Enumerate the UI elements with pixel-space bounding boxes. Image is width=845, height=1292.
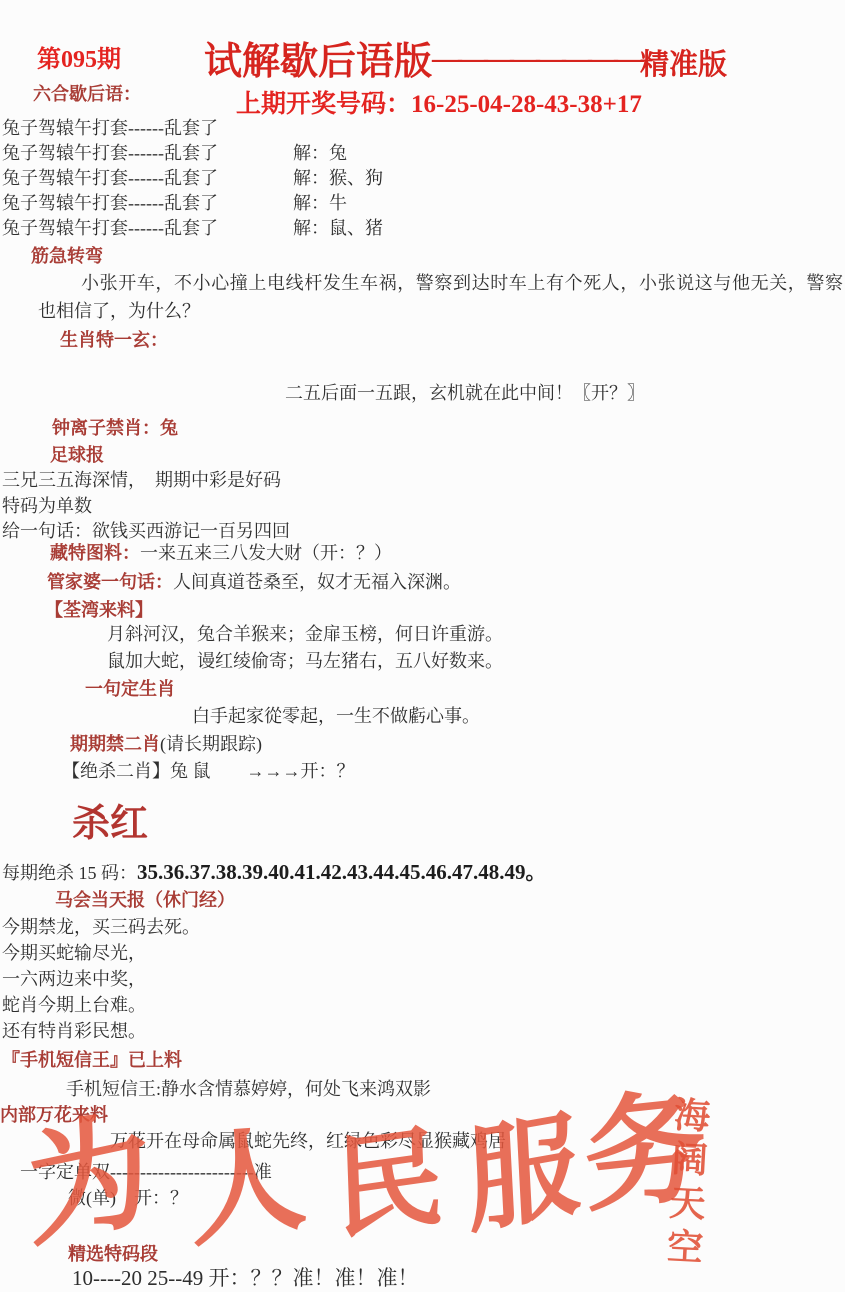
shahong-title: 杀红 <box>72 802 148 848</box>
sms-line: 手机短信王:静水含情慕婷婷，何处飞来鸿双影 <box>66 1079 431 1101</box>
guanjiapo-line: 管家婆一句话：人间真道苍桑至，奴才无福入深渊。 <box>47 572 461 594</box>
watermark-char-4: 服 <box>464 1106 582 1240</box>
quanwan-line-2: 鼠加大蛇，谩红绫偷寄；马左猪右，五八好数来。 <box>107 651 503 673</box>
guanjiapo-label: 管家婆一句话： <box>47 572 173 592</box>
jin2-heading: 期期禁二肖(请长期跟踪) <box>70 734 262 756</box>
yiju-line: 白手起家從零起，一生不做虧心事。 <box>192 706 480 728</box>
riddle-row: 兔子驾辕午打套------乱套了 <box>2 114 383 139</box>
riddle-question: 兔子驾辕午打套------乱套了 <box>2 214 293 239</box>
kai-line: 微(单) 开：？ <box>68 1188 188 1210</box>
zhongli-line: 钟离子禁肖：兔 <box>52 418 178 440</box>
mahui-heading: 马会当天报（休门经） <box>55 890 235 912</box>
teaser-line-1: 小张开车，不小心撞上电线杆发生车祸，警察到达时车上有个死人，小张说这与他无关，警… <box>81 273 844 295</box>
riddle-block: 兔子驾辕午打套------乱套了 兔子驾辕午打套------乱套了 解：兔 兔子… <box>2 114 383 239</box>
jin2-line: 【绝杀二肖】兔 鼠 →→→开：？ <box>62 761 355 783</box>
jin2-heading-text: 期期禁二肖 <box>70 734 160 754</box>
issue-number: 第095期 <box>37 46 121 75</box>
mahui-line-3: 一六两边来中奖， <box>2 969 146 991</box>
riddle-question: 兔子驾辕午打套------乱套了 <box>2 189 293 214</box>
teaser-line-2: 也相信了，为什么？ <box>38 301 200 323</box>
riddle-answer: 解：鼠、猪 <box>293 214 383 239</box>
mahui-line-4: 蛇肖今期上台难。 <box>2 995 146 1017</box>
cangte-label: 藏特图料： <box>50 543 140 563</box>
page-title-suffix: 精准版 <box>640 49 727 81</box>
zuqiu-line-1: 三兄三五海深情， 期期中彩是好码 <box>2 470 281 492</box>
page-title-main: 试解歇后语版 <box>204 41 432 83</box>
riddle-question: 兔子驾辕午打套------乱套了 <box>2 164 293 189</box>
riddle-row: 兔子驾辕午打套------乱套了 解：鼠、猪 <box>2 214 383 239</box>
section-liuhe-label: 六合歇后语： <box>33 84 141 106</box>
page-title-dash: ———————— <box>432 42 640 75</box>
wanhua-heading: 内部万花来料 <box>0 1105 108 1127</box>
jin2-note: (请长期跟踪) <box>160 734 262 754</box>
watermark-char-5: 务 <box>583 1083 706 1218</box>
shahong-numbers: 35.36.37.38.39.40.41.42.43.44.45.46.47.4… <box>137 860 547 884</box>
wanhua-line: 万花开在母命属鼠蛇先终，红绿色彩尽显猴藏鸡居 <box>110 1131 506 1153</box>
riddle-row: 兔子驾辕午打套------乱套了 解：牛 <box>2 189 383 214</box>
riddle-question: 兔子驾辕午打套------乱套了 <box>2 114 293 139</box>
riddle-row: 兔子驾辕午打套------乱套了 解：猴、狗 <box>2 164 383 189</box>
zuqiu-line-3: 给一句话：欲钱买西游记一百另四回 <box>2 521 290 543</box>
quanwan-heading: 【荃湾来料】 <box>45 600 153 622</box>
quanwan-line-1: 月斜河汉，兔合羊猴来；金扉玉榜，何日许重游。 <box>107 624 503 646</box>
riddle-answer: 解：猴、狗 <box>293 164 383 189</box>
zodiac-hint: 二五后面一五跟，玄机就在此中间！〖开？〗 <box>285 383 645 405</box>
cangte-text: 一来五来三八发大财（开：？） <box>140 543 392 563</box>
danshuang-line: 一字定单双------------------------准 <box>20 1162 272 1184</box>
zuqiu-heading: 足球报 <box>50 445 104 467</box>
mahui-line-2: 今期买蛇输尽光， <box>2 943 146 965</box>
riddle-answer: 解：牛 <box>293 189 347 214</box>
shahong-label: 每期绝杀 15 码： <box>2 863 137 883</box>
teaser-heading: 筋急转弯 <box>31 246 103 268</box>
tema-heading: 精选特码段 <box>68 1244 158 1266</box>
cangte-line: 藏特图料：一来五来三八发大财（开：？） <box>50 543 392 565</box>
mahui-line-1: 今期禁龙，买三码去死。 <box>2 917 200 939</box>
riddle-row: 兔子驾辕午打套------乱套了 解：兔 <box>2 139 383 164</box>
yiju-heading: 一句定生肖 <box>85 679 175 701</box>
watermark-vertical: 海阔天空 <box>663 1095 708 1273</box>
mahui-line-5: 还有特肖彩民想。 <box>2 1021 146 1043</box>
page: 第095期 试解歇后语版————————精准版 六合歇后语： 上期开奖号码：16… <box>0 0 845 1292</box>
shahong-line: 每期绝杀 15 码：35.36.37.38.39.40.41.42.43.44.… <box>2 860 547 885</box>
zodiac-heading: 生肖特一玄： <box>60 330 168 352</box>
zuqiu-line-2: 特码为单数 <box>2 496 92 518</box>
guanjiapo-text: 人间真道苍桑至，奴才无福入深渊。 <box>173 572 461 592</box>
sms-heading: 『手机短信王』已上料 <box>2 1050 182 1072</box>
riddle-question: 兔子驾辕午打套------乱套了 <box>2 139 293 164</box>
riddle-answer: 解：兔 <box>293 139 347 164</box>
tema-line: 10----20 25--49 开：？？准！准！准！ <box>72 1266 418 1291</box>
